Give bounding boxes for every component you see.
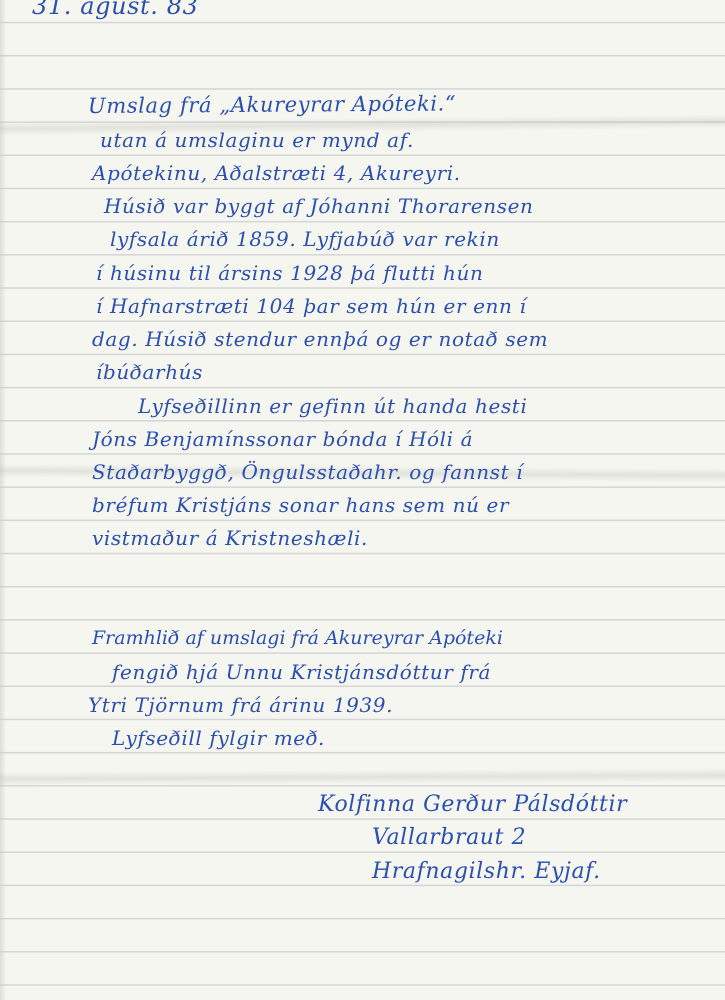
paragraph-2-line-4: bréfum Kristjáns sonar hans sem nú er [92, 489, 509, 522]
paragraph-1-line-6: í húsinu til ársins 1928 þá flutti hún [96, 257, 483, 290]
paragraph-3-line-4: Lyfseðill fylgir með. [112, 722, 325, 755]
paragraph-1-line-2: utan á umslaginu er mynd af. [100, 124, 414, 157]
paragraph-2-line-2: Jóns Benjamínssonar bónda í Hóli á [92, 423, 473, 456]
paragraph-2-line-3: Staðarbyggð, Öngulsstaðahr. og fannst í [92, 456, 523, 489]
paragraph-1-line-8: dag. Húsið stendur ennþá og er notað sem [92, 323, 548, 356]
paragraph-2-line-1: Lyfseðillinn er gefinn út handa hesti [138, 390, 527, 423]
paragraph-1-line-3: Apótekinu, Aðalstræti 4, Akureyri. [92, 157, 461, 190]
paragraph-1-line-5: lyfsala árið 1859. Lyfjabúð var rekin [110, 223, 500, 256]
signature-name: Kolfinna Gerður Pálsdóttir [318, 788, 627, 821]
paragraph-3-line-2: fengið hjá Unnu Kristjánsdóttur frá [112, 656, 491, 689]
paragraph-1-line-7: í Hafnarstræti 104 þar sem hún er enn í [96, 290, 526, 323]
paragraph-3-line-3: Ytri Tjörnum frá árinu 1939. [88, 689, 393, 722]
signature-address: Vallarbraut 2 [372, 821, 526, 854]
paragraph-2-line-5: vistmaður á Kristneshæli. [92, 522, 368, 555]
paragraph-1-line-4: Húsið var byggt af Jóhanni Thorarensen [104, 190, 534, 223]
paragraph-1-line-1: Umslag frá „Akureyrar Apóteki.“ [88, 87, 456, 123]
paragraph-3-line-1: Framhlið af umslagi frá Akureyrar Apótek… [92, 622, 503, 655]
letter-date: 31. agúst. 83 [32, 0, 198, 23]
signature-region: Hrafnagilshr. Eyjaf. [372, 855, 601, 888]
paper-edge-shadow [0, 0, 6, 1000]
paragraph-1-line-9: íbúðarhús [96, 356, 203, 389]
